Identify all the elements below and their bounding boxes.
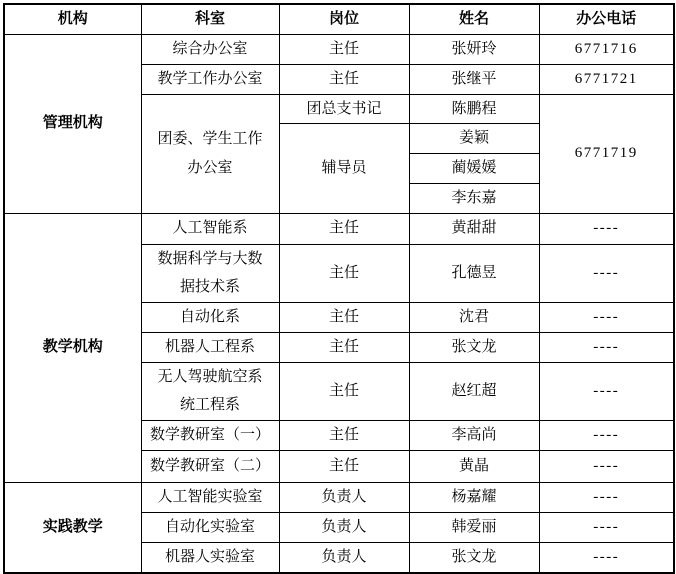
phone-cell: 6771716 (539, 34, 674, 64)
phone-cell: ---- (539, 302, 674, 332)
phone-cell: ---- (539, 482, 674, 512)
phone-cell: ---- (539, 362, 674, 420)
position-cell: 主任 (279, 450, 409, 482)
table-row: 实践教学 人工智能实验室 负责人 杨嘉耀 ---- (4, 482, 674, 512)
phone-cell: ---- (539, 213, 674, 244)
phone-cell: ---- (539, 450, 674, 482)
phone-cell: ---- (539, 420, 674, 450)
dept-cell: 无人驾驶航空系 统工程系 (141, 362, 279, 420)
person-cell: 张文龙 (409, 542, 539, 573)
phone-cell: ---- (539, 542, 674, 573)
dept-cell: 自动化系 (141, 302, 279, 332)
header-person: 姓名 (409, 4, 539, 34)
dept-cell: 人工智能实验室 (141, 482, 279, 512)
person-cell: 李东嘉 (409, 184, 539, 214)
position-cell: 团总支书记 (279, 94, 409, 124)
org-phone-table: 机构 科室 岗位 姓名 办公电话 管理机构 综合办公室 主任 张妍玲 67717… (3, 3, 675, 574)
position-cell: 负责人 (279, 482, 409, 512)
dept-cell: 数学教研室（一） (141, 420, 279, 450)
header-row: 机构 科室 岗位 姓名 办公电话 (4, 4, 674, 34)
person-cell: 黄甜甜 (409, 213, 539, 244)
person-cell: 张继平 (409, 64, 539, 94)
position-cell: 主任 (279, 332, 409, 362)
section-label: 教学机构 (4, 213, 141, 482)
person-cell: 陈鹏程 (409, 94, 539, 124)
header-phone: 办公电话 (539, 4, 674, 34)
header-position: 岗位 (279, 4, 409, 34)
phone-cell: ---- (539, 512, 674, 542)
position-cell: 辅导员 (279, 124, 409, 214)
dept-cell: 数学教研室（二） (141, 450, 279, 482)
section-label: 管理机构 (4, 34, 141, 213)
position-cell: 主任 (279, 244, 409, 302)
dept-cell: 团委、学生工作 办公室 (141, 94, 279, 213)
table-row: 管理机构 综合办公室 主任 张妍玲 6771716 (4, 34, 674, 64)
person-cell: 姜颖 (409, 124, 539, 154)
position-cell: 负责人 (279, 512, 409, 542)
table-row: 教学机构 人工智能系 主任 黄甜甜 ---- (4, 213, 674, 244)
position-cell: 主任 (279, 420, 409, 450)
person-cell: 沈君 (409, 302, 539, 332)
dept-cell: 教学工作办公室 (141, 64, 279, 94)
page: 机构 科室 岗位 姓名 办公电话 管理机构 综合办公室 主任 张妍玲 67717… (0, 0, 676, 569)
phone-cell: 6771719 (539, 94, 674, 213)
phone-cell: ---- (539, 244, 674, 302)
dept-cell: 综合办公室 (141, 34, 279, 64)
position-cell: 主任 (279, 302, 409, 332)
dept-cell: 机器人工程系 (141, 332, 279, 362)
person-cell: 张妍玲 (409, 34, 539, 64)
person-cell: 张文龙 (409, 332, 539, 362)
person-cell: 蔺媛媛 (409, 154, 539, 184)
dept-cell: 机器人实验室 (141, 542, 279, 573)
section-label: 实践教学 (4, 482, 141, 573)
dept-cell: 人工智能系 (141, 213, 279, 244)
position-cell: 主任 (279, 64, 409, 94)
phone-cell: ---- (539, 332, 674, 362)
position-cell: 主任 (279, 34, 409, 64)
header-org: 机构 (4, 4, 141, 34)
person-cell: 李高尚 (409, 420, 539, 450)
position-cell: 主任 (279, 213, 409, 244)
position-cell: 负责人 (279, 542, 409, 573)
person-cell: 杨嘉耀 (409, 482, 539, 512)
phone-cell: 6771721 (539, 64, 674, 94)
person-cell: 韩爱丽 (409, 512, 539, 542)
position-cell: 主任 (279, 362, 409, 420)
dept-cell: 自动化实验室 (141, 512, 279, 542)
dept-cell: 数据科学与大数 据技术系 (141, 244, 279, 302)
person-cell: 赵红超 (409, 362, 539, 420)
person-cell: 孔德昱 (409, 244, 539, 302)
header-dept: 科室 (141, 4, 279, 34)
person-cell: 黄晶 (409, 450, 539, 482)
